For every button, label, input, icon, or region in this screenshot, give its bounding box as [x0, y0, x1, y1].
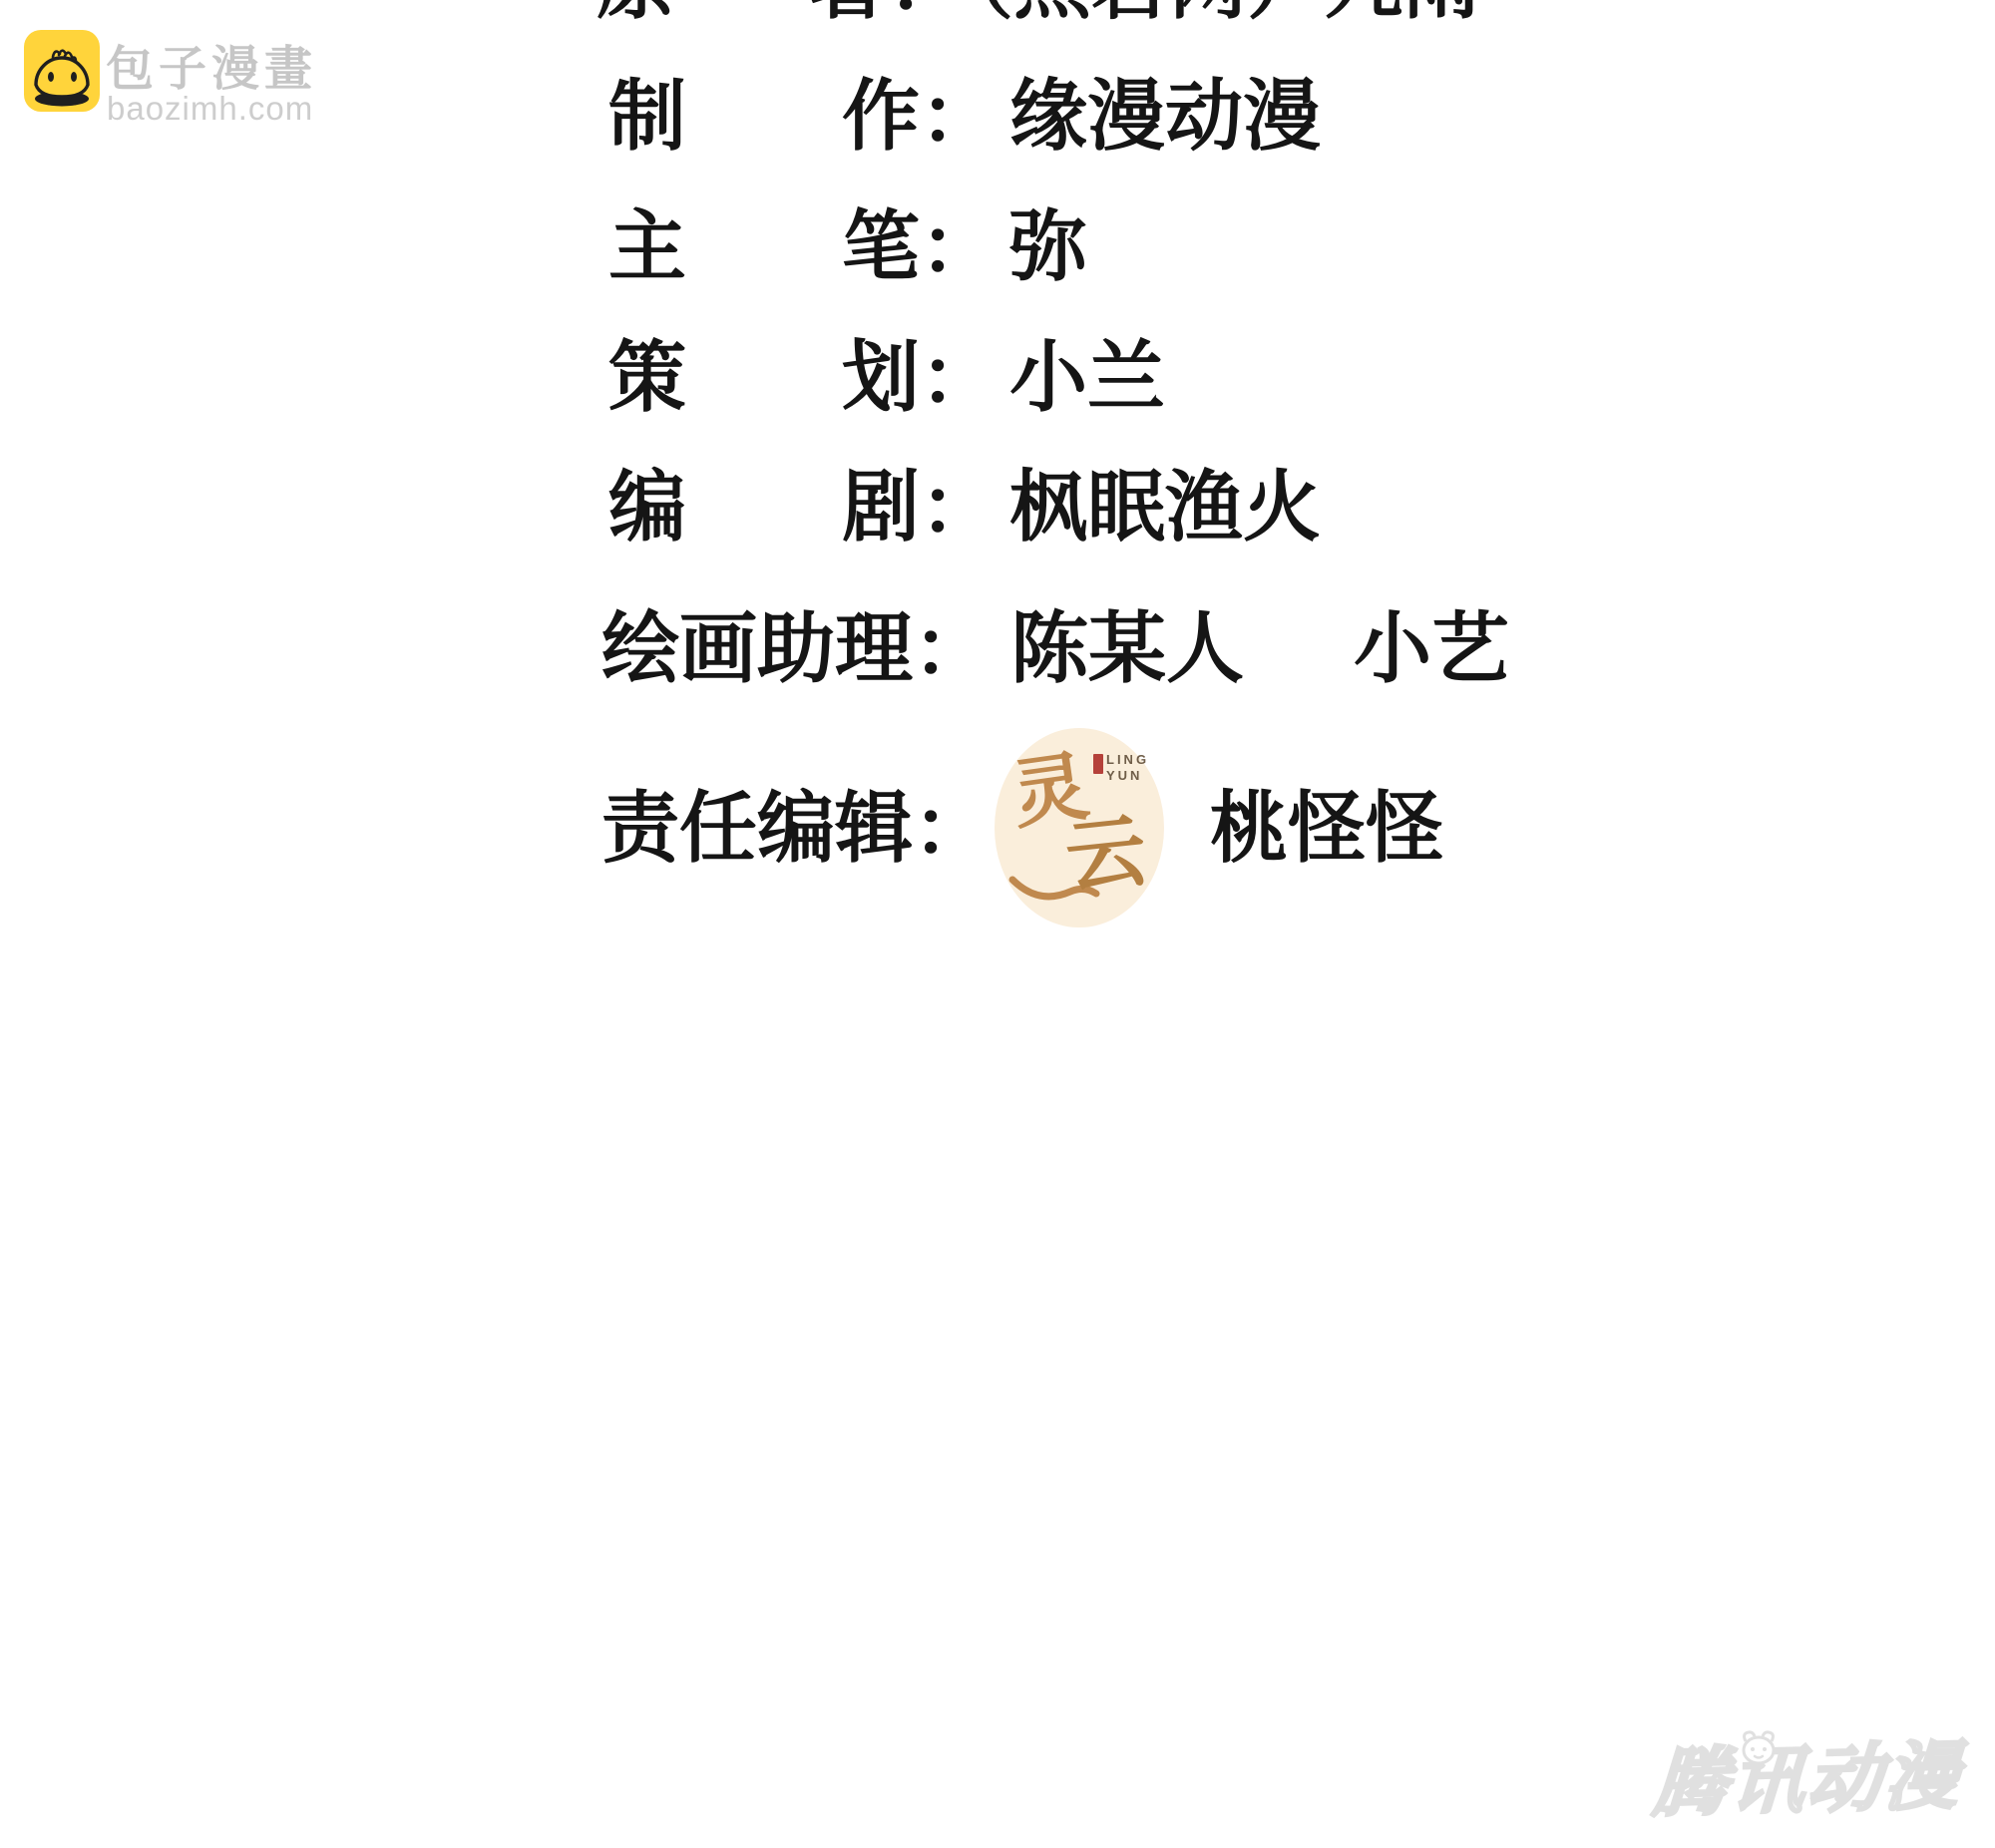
credit-row-art-assistants: 绘画助理：陈某人小艺 — [601, 609, 1509, 687]
credit-label-char: 制 — [608, 77, 686, 155]
credit-value: 桃怪怪 — [1210, 789, 1443, 867]
credit-label-char: 主 — [608, 207, 686, 285]
lingyun-calligraphy-char: 云 — [1062, 812, 1150, 900]
tencent-mascot-icon — [1736, 1729, 1782, 1767]
credit-label-char: 策 — [608, 338, 686, 416]
credit-row-original-author: 原著：（黑岩网）九雨 — [597, 0, 1480, 23]
credit-colon: ： — [920, 338, 997, 416]
credit-row-production: 制作：缘漫动漫 — [608, 77, 1321, 155]
credit-colon: ： — [913, 789, 991, 867]
credit-label: 策划 — [608, 338, 920, 416]
credit-colon: ： — [913, 609, 991, 687]
credit-colon: ： — [920, 207, 997, 285]
credit-label-char: 著 — [810, 0, 888, 23]
lingyun-latin-line: LING — [1106, 752, 1149, 768]
credit-label-char: 划 — [842, 338, 920, 416]
lingyun-red-seal — [1093, 754, 1103, 774]
site-domain: baozimh.com — [107, 92, 313, 125]
credit-row-lead-artist: 主笔：弥 — [608, 207, 1087, 285]
site-title: 包子漫畫 — [106, 46, 317, 94]
credit-value: 小艺 — [1354, 609, 1509, 687]
credit-value: （黑岩网）九雨 — [936, 0, 1480, 23]
credit-row-responsible-editor: 责任编辑： 灵 云 LING YUN 桃怪怪 — [601, 728, 1443, 927]
credit-value: 弥 — [1009, 207, 1087, 285]
credit-label: 制作 — [608, 77, 920, 155]
credit-label-char: 作 — [842, 77, 920, 155]
credit-row-planning: 策划：小兰 — [608, 338, 1165, 416]
credit-label-char: 笔 — [842, 207, 920, 285]
credit-value: 陈某人 — [1010, 609, 1244, 687]
credit-colon: ： — [920, 77, 997, 155]
credit-value: 缘漫动漫 — [1009, 77, 1321, 155]
baozi-bun-icon — [24, 30, 100, 112]
credit-label-char: 原 — [597, 0, 674, 23]
credit-label: 绘画助理 — [601, 609, 913, 687]
credit-value: 小兰 — [1009, 338, 1165, 416]
credit-label: 主笔 — [608, 207, 920, 285]
credit-label-char: 剧 — [842, 468, 920, 546]
credit-colon: ： — [920, 468, 997, 546]
lingyun-latin-line: YUN — [1106, 768, 1149, 784]
credit-label: 责任编辑 — [601, 789, 913, 867]
tencent-comics-watermark: 腾讯动漫 — [1651, 1739, 1963, 1821]
lingyun-editor-logo: 灵 云 LING YUN — [995, 728, 1164, 927]
credit-value: 枫眠渔火 — [1009, 468, 1321, 546]
lingyun-latin-text: LING YUN — [1106, 752, 1149, 785]
credit-label: 原著 — [597, 0, 888, 23]
credit-label: 编剧 — [608, 468, 920, 546]
credit-row-screenwriter: 编剧：枫眠渔火 — [608, 468, 1321, 546]
credit-label-char: 编 — [608, 468, 686, 546]
comic-credits-page: 包子漫畫 baozimh.com 原著：（黑岩网）九雨 制作：缘漫动漫 主笔：弥… — [0, 0, 1995, 1848]
